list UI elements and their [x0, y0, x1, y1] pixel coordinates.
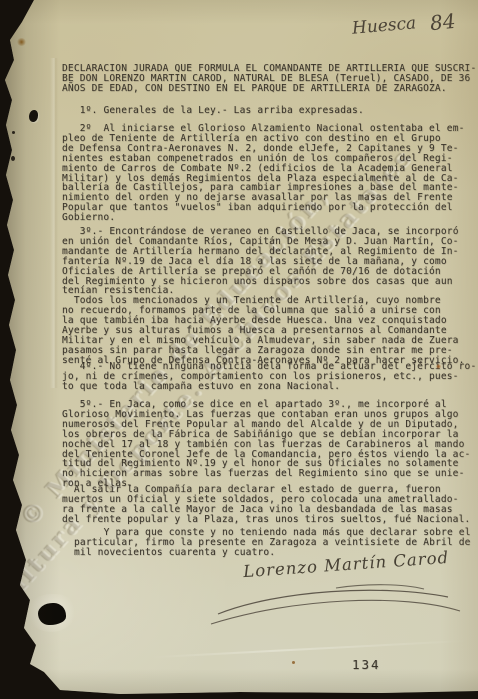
rust-stain-top [17, 38, 26, 46]
ink-speck-1 [12, 131, 15, 134]
signature-flourish-icon [208, 582, 464, 632]
handwritten-place-note: Huesca [351, 13, 417, 39]
handwritten-folio-number: 84 [429, 9, 457, 36]
paragraph-1-generales: 1º. Generales de la Ley.- Las arriba exp… [62, 106, 478, 116]
document-sheet: © Ministerio de Educación, Cultura y Dep… [0, 0, 478, 699]
rust-speck-right [436, 364, 441, 369]
ink-speck-2 [11, 156, 15, 161]
paragraph-4-noticias: 4º.- No tiene ninguna noticia dela forma… [62, 362, 478, 392]
paragraph-3-veraneo: 3º.- Encontrándose de veraneo en Castiel… [62, 227, 478, 366]
paragraph-5-jaca: 5º.- En Jaca, como se dice en el apartad… [62, 400, 478, 489]
torn-paper-hole [38, 603, 66, 625]
paper-hole-left [29, 110, 38, 122]
page-number: 134 [352, 657, 381, 672]
paragraph-2-alzamiento: 2º Al iniciarse el Glorioso Alzamiento N… [62, 124, 478, 223]
paper-crease-bottom [150, 640, 470, 659]
paper-crease-vertical [50, 58, 58, 388]
paragraph-5b-compania: Al salir la Compañía para declarar el es… [62, 485, 478, 525]
rust-speck-bottom [292, 661, 295, 664]
document-title: DECLARACION JURADA QUE FORMULA EL COMAND… [62, 64, 478, 94]
